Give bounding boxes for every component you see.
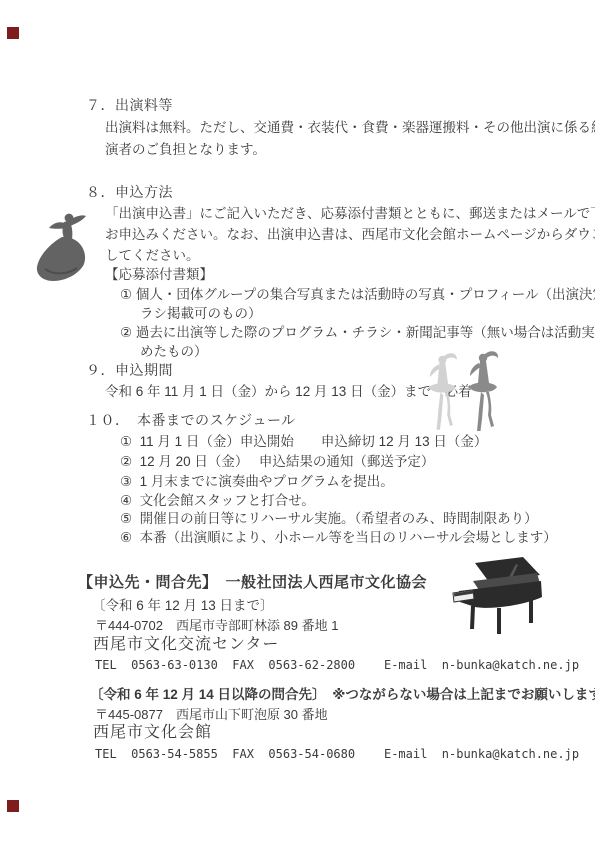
postal-address-2: 〒445-0877 西尾市山下町泡原 30 番地 (95, 707, 328, 723)
circled-number-icon: ② (120, 454, 132, 469)
phone-fax-email-1: TEL 0563-63-0130 FAX 0563-62-2800 E-mail… (95, 658, 579, 672)
schedule-item-3: ③ 1 月末までに演奏曲やプログラムを提出。 (120, 474, 394, 490)
section-apply-line: してください。 (105, 248, 200, 264)
schedule-item-6: ⑥ 本番（出演順により、小ホール等を当日のリハーサル会場とします） (120, 530, 557, 546)
contact-heading: 【申込先・問合先】 一般社団法人西尾市文化協会 (78, 574, 427, 592)
flamenco-dancer-icon (33, 211, 95, 285)
circled-number-icon: ④ (120, 493, 132, 508)
schedule-item-2: ② 12 月 20 日（金） 申込結果の通知（郵送予定） (120, 454, 434, 470)
flamenco-dancer-image (33, 211, 95, 285)
section-apply-heading: ８．申込方法 (86, 184, 173, 201)
contact-valid-until: 〔令和 6 年 12 月 13 日まで〕 (92, 598, 274, 614)
section-schedule-heading: １０． 本番までのスケジュール (86, 412, 296, 429)
circled-number-icon: ① (120, 434, 132, 449)
red-corner-mark-bottom (7, 800, 19, 812)
after-date-contact-line: 〔令和 6 年 12 月 14 日以降の問合先〕 ※つながらない場合は上記までお… (90, 687, 595, 703)
postal-address-1: 〒444-0702 西尾市寺部町林添 89 番地 1 (95, 618, 338, 634)
section-fee-line: 出演料は無料。ただし、交通費・衣装代・食費・楽器運搬料・その他出演に係る経費は出 (105, 120, 595, 136)
section-apply-line: 「出演申込書」にご記入いただき、応募添付書類とともに、郵送またはメールで下記まで (105, 206, 595, 222)
after-date-contact-heading: 〔令和 6 年 12 月 14 日以降の問合先〕 (90, 687, 319, 702)
section-fee-line: 演者のご負担となります。 (105, 142, 266, 158)
circled-number-icon: ⑥ (120, 530, 132, 545)
attachment-label: 【応募添付書類】 (105, 267, 213, 283)
section-apply-line: お申込みください。なお、出演申込書は、西尾市文化会館ホームページからダウンロード (105, 227, 595, 243)
ballet-dancers-icon (426, 351, 508, 439)
section-period-heading: ９．申込期間 (86, 362, 173, 379)
red-corner-mark-top (7, 27, 19, 39)
section-period-body: 令和 6 年 11 月 1 日（金）から 12 月 13 日（金）まで 必着 (105, 384, 472, 400)
phone-fax-email-2: TEL 0563-54-5855 FAX 0563-54-0680 E-mail… (95, 747, 579, 761)
schedule-item-4: ④ 文化会館スタッフと打合せ。 (120, 493, 315, 509)
facility-name-1: 西尾市文化交流センター (93, 635, 279, 654)
circled-number-icon: ② (120, 325, 132, 340)
attachment-item-2: ② 過去に出演等した際のプログラム・チラシ・新聞記事等（無い場合は活動実績をまと (120, 325, 595, 341)
after-date-contact-note: ※つながらない場合は上記までお願いします。 (319, 687, 595, 702)
grand-piano-icon (447, 555, 544, 637)
attachment-item-1-cont: ラシ掲載可のもの） (140, 306, 262, 322)
document-page: ７．出演料等 出演料は無料。ただし、交通費・衣装代・食費・楽器運搬料・その他出演… (0, 0, 595, 841)
grand-piano-image (447, 555, 544, 637)
section-fee-heading: ７．出演料等 (86, 97, 173, 114)
schedule-item-5: ⑤ 開催日の前日等にリハーサル実施。（希望者のみ、時間制限あり） (120, 511, 538, 527)
attachment-item-1: ① 個人・団体グループの集合写真または活動時の写真・プロフィール（出演決定後にチ (120, 287, 595, 303)
circled-number-icon: ① (120, 287, 132, 302)
circled-number-icon: ③ (120, 474, 132, 489)
ballet-dancers-image (426, 351, 508, 439)
circled-number-icon: ⑤ (120, 511, 132, 526)
attachment-item-2-cont: めたもの） (140, 344, 208, 360)
facility-name-2: 西尾市文化会館 (93, 723, 212, 742)
